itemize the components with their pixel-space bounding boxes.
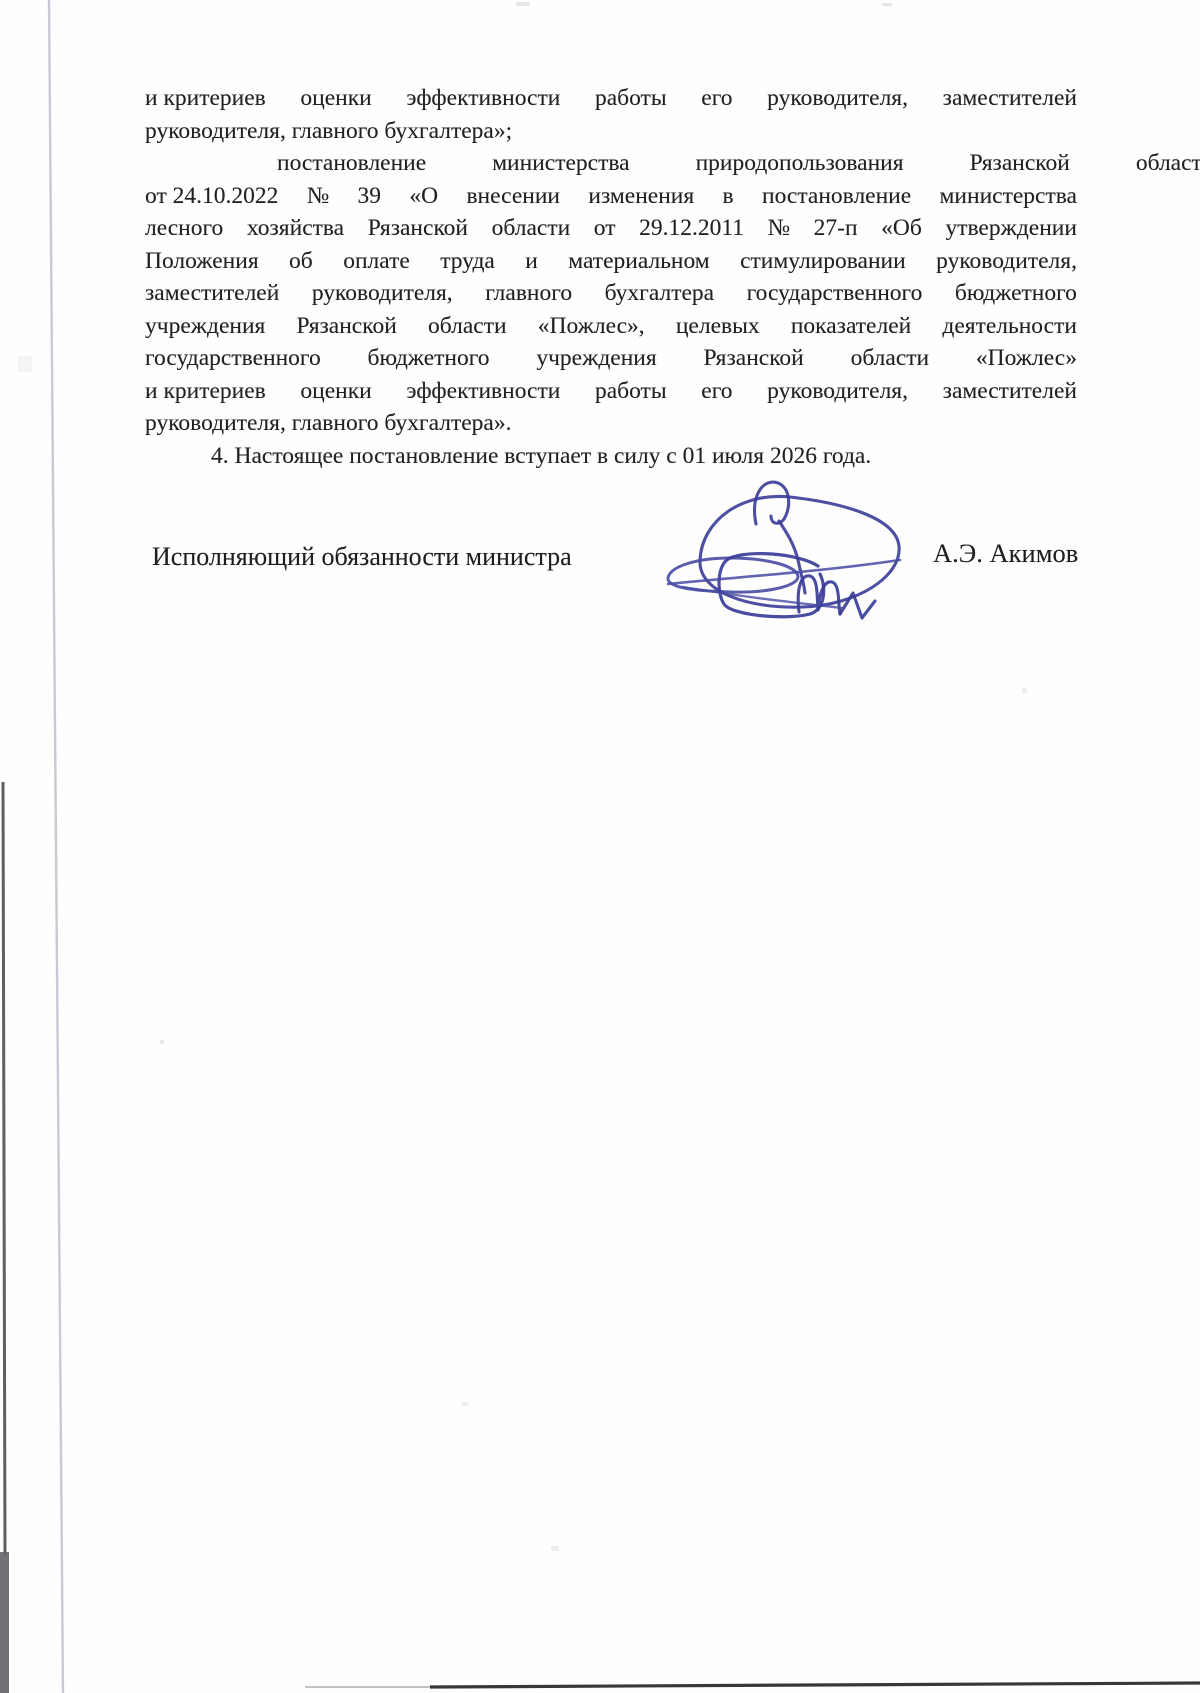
scan-speck [516,2,530,6]
document-line: и критериевоценкиэффективностиработыегор… [145,375,1077,408]
scan-speck [1022,688,1027,693]
scan-speck [18,356,32,372]
document-line: постановлениеминистерстваприродопользова… [145,147,1077,180]
document-line: и критериевоценкиэффективностиработыегор… [145,82,1077,115]
scan-speck [551,1546,559,1551]
scan-bottom-line [430,1683,1200,1687]
document-body: и критериевоценкиэффективностиработыегор… [145,82,1077,472]
document-line: учрежденияРязанскойобласти«Пожлес»,целев… [145,310,1077,343]
scan-speck [882,3,892,6]
signatory-title: Исполняющий обязанности министра [152,542,572,572]
scan-speck [160,1040,164,1044]
signatory-name: А.Э. Акимов [933,538,1078,569]
document-line: государственногобюджетногоучрежденияРяза… [145,342,1077,375]
scan-fold-line [49,0,63,1693]
document-line: руководителя, главного бухгалтера»; [145,115,1077,148]
document-line: Положенияобоплатетрудаиматериальномстиму… [145,245,1077,278]
scan-left-edge-bar [0,1552,9,1693]
scan-speck [462,1402,468,1406]
document-page: и критериевоценкиэффективностиработыегор… [0,0,1200,1693]
document-line: от 24.10.2022№39«Овнесенииизменениявпост… [145,180,1077,213]
document-line: лесногохозяйстваРязанскойобластиот29.12.… [145,212,1077,245]
signature-ink [628,474,910,628]
document-line: заместителейруководителя,главногобухгалт… [145,277,1077,310]
scan-left-edge-line [3,782,5,1555]
document-line: 4. Настоящее постановление вступает в си… [145,440,1077,473]
document-line: руководителя, главного бухгалтера». [145,407,1077,440]
